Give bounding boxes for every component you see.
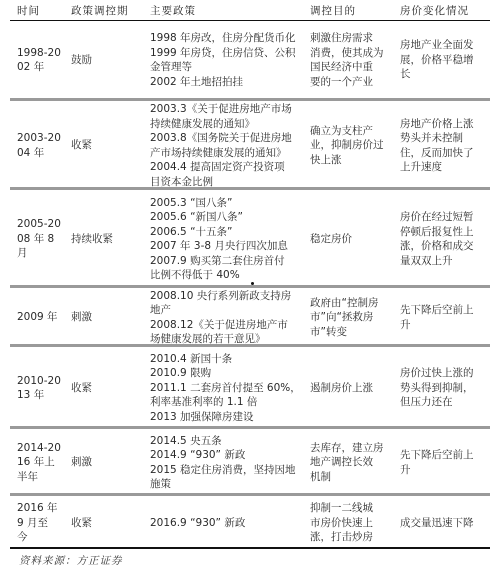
- cell-line: 涨，价格和成交: [400, 239, 490, 254]
- table-row: 2014-2016 年上半年刺激2014.5 央五条2014.9 “930” 新…: [10, 432, 490, 496]
- cell-line: 地产: [150, 303, 312, 318]
- cell-policies: 2010.4 新国十条2010.9 限购2011.1 二套房首付提至 60%，利…: [150, 350, 312, 426]
- cell-goal: 去库存，建立房地产调控长效机制: [310, 432, 400, 493]
- cell-line: 先下降后空前上: [400, 448, 490, 463]
- cell-line: 机制: [310, 470, 400, 485]
- cell-line: 业，抑制房价过: [310, 138, 400, 153]
- cell-stance: 收紧: [71, 104, 146, 187]
- cell-price-change: 房地产价格上涨势头并未控制住，反而加快了上升速度: [400, 104, 490, 187]
- cell-line: 升: [400, 463, 490, 478]
- cell-price-change: 房价过快上涨的势头得到抑制，但压力还在: [400, 350, 490, 426]
- cell-line: 刺激: [71, 310, 146, 325]
- table-row: 2016 年9 月至今收紧2016.9 “930” 新政抑制一二线城市房价快速上…: [10, 499, 490, 549]
- cell-goal: 抑制一二线城市房价快速上涨，打击炒房: [310, 499, 400, 547]
- cell-line: 2003.3《关于促进房地产市场: [150, 102, 312, 117]
- cell-line: 2005-20: [17, 217, 72, 232]
- stray-dot: [251, 282, 254, 285]
- source-note: 资料来源：方正证券: [19, 553, 123, 568]
- cell-line: 展，价格平稳增: [400, 53, 490, 68]
- cell-line: 2015 稳定住房消费，坚持因地: [150, 463, 312, 478]
- cell-line: 今: [17, 530, 72, 545]
- cell-line: 场健康发展的若干意见》: [150, 332, 312, 347]
- cell-line: 2002 年土地招拍挂: [150, 75, 312, 90]
- cell-line: 成交量迅速下降: [400, 516, 490, 531]
- cell-line: 上升速度: [400, 160, 490, 175]
- cell-line: 08 年 8: [17, 232, 72, 247]
- cell-line: 确立为支柱产: [310, 124, 400, 139]
- cell-line: 1999 年房贷，住房信贷、公积: [150, 46, 312, 61]
- cell-line: 2003.8《国务院关于促进房地: [150, 131, 312, 146]
- cell-goal: 稳定房价: [310, 193, 400, 285]
- cell-policies: 2008.10 央行系列新政支持房地产2008.12《关于促进房地产市场健康发展…: [150, 291, 312, 344]
- cell-line: 快上涨: [310, 153, 400, 168]
- header-goal: 调控目的: [310, 3, 356, 18]
- cell-line: 势头得到抑制，: [400, 381, 490, 396]
- cell-line: 持续健康发展的通知》: [150, 117, 312, 132]
- cell-policies: 2003.3《关于促进房地产市场持续健康发展的通知》2003.8《国务院关于促进…: [150, 104, 312, 187]
- cell-line: 房地产价格上涨: [400, 117, 490, 132]
- cell-line: 抑制一二线城: [310, 501, 400, 516]
- cell-stance: 收紧: [71, 499, 146, 547]
- cell-line: 2014.5 央五条: [150, 434, 312, 449]
- cell-line: 2008.10 央行系列新政支持房: [150, 289, 312, 304]
- cell-line: 涨，打击炒房: [310, 530, 400, 545]
- cell-policies: 2014.5 央五条2014.9 “930” 新政2015 稳定住房消费，坚持因…: [150, 432, 312, 493]
- cell-stance: 持续收紧: [71, 193, 146, 285]
- cell-line: 2007.9 购买第二套住房首付: [150, 254, 312, 269]
- cell-goal: 确立为支柱产业，抑制房价过快上涨: [310, 104, 400, 187]
- cell-line: 04 年: [17, 146, 72, 161]
- cell-line: 2006.5 “十五条”: [150, 225, 312, 240]
- cell-line: 地产调控长效: [310, 455, 400, 470]
- cell-line: 2014.9 “930” 新政: [150, 448, 312, 463]
- cell-line: 2004.4 提高固定资产投资项: [150, 160, 312, 175]
- cell-price-change: 房地产业全面发展，价格平稳增长: [400, 22, 490, 98]
- cell-stance: 鼓励: [71, 22, 146, 98]
- cell-price-change: 成交量迅速下降: [400, 499, 490, 547]
- table-header: 时间 政策调控期 主要政策 调控目的 房价变化情况: [10, 0, 490, 21]
- cell-line: 1998 年房改，住房分配货币化: [150, 31, 312, 46]
- cell-line: 市”转变: [310, 325, 400, 340]
- cell-line: 量双双上升: [400, 254, 490, 269]
- cell-period: 2016 年9 月至今: [17, 499, 72, 547]
- cell-line: 目资本金比例: [150, 175, 312, 190]
- cell-line: 市”向“拯救房: [310, 310, 400, 325]
- cell-line: 2010.9 限购: [150, 366, 312, 381]
- cell-line: 2008.12《关于促进房地产市: [150, 318, 312, 333]
- cell-period: 2005-2008 年 8月: [17, 193, 72, 285]
- cell-line: 2010.4 新国十条: [150, 352, 312, 367]
- cell-period: 2010-2013 年: [17, 350, 72, 426]
- header-time: 时间: [17, 3, 40, 18]
- cell-period: 2009 年: [17, 291, 72, 344]
- header-price-change: 房价变化情况: [400, 3, 469, 18]
- cell-line: 长: [400, 67, 490, 82]
- cell-price-change: 先下降后空前上升: [400, 432, 490, 493]
- cell-policies: 2005.3 “国八条”2005.6 “新国八条”2006.5 “十五条”200…: [150, 193, 312, 285]
- cell-line: 房地产业全面发: [400, 38, 490, 53]
- cell-goal: 刺激住房需求消费，使其成为国民经济中重要的一个产业: [310, 22, 400, 98]
- cell-line: 金管理等: [150, 60, 312, 75]
- cell-policies: 1998 年房改，住房分配货币化1999 年房贷，住房信贷、公积金管理等2002…: [150, 22, 312, 98]
- cell-line: 2009 年: [17, 310, 72, 325]
- cell-line: 住，反而加快了: [400, 146, 490, 161]
- header-main-policies: 主要政策: [150, 3, 196, 18]
- cell-line: 停顿后报复性上: [400, 225, 490, 240]
- cell-line: 鼓励: [71, 53, 146, 68]
- cell-line: 势头并未控制: [400, 131, 490, 146]
- cell-line: 利率基准利率的 1.1 倍: [150, 395, 312, 410]
- cell-price-change: 先下降后空前上升: [400, 291, 490, 344]
- cell-stance: 收紧: [71, 350, 146, 426]
- cell-line: 房价过快上涨的: [400, 366, 490, 381]
- cell-line: 2007 年 3-8 月央行四次加息: [150, 239, 312, 254]
- table-row: 1998-2002 年鼓励1998 年房改，住房分配货币化1999 年房贷，住房…: [10, 22, 490, 101]
- cell-stance: 刺激: [71, 291, 146, 344]
- cell-line: 要的一个产业: [310, 75, 400, 90]
- cell-line: 1998-20: [17, 46, 72, 61]
- cell-line: 持续收紧: [71, 232, 146, 247]
- cell-line: 收紧: [71, 138, 146, 153]
- cell-line: 2005.3 “国八条”: [150, 196, 312, 211]
- cell-line: 政府由“控制房: [310, 296, 400, 311]
- cell-line: 产市场持续健康发展的通知》: [150, 146, 312, 161]
- cell-line: 先下降后空前上: [400, 303, 490, 318]
- cell-period: 1998-2002 年: [17, 22, 72, 98]
- table-row: 2005-2008 年 8月持续收紧2005.3 “国八条”2005.6 “新国…: [10, 193, 490, 288]
- cell-line: 13 年: [17, 388, 72, 403]
- cell-policies: 2016.9 “930” 新政: [150, 499, 312, 547]
- cell-line: 国民经济中重: [310, 60, 400, 75]
- cell-line: 9 月至: [17, 516, 72, 531]
- cell-line: 半年: [17, 470, 72, 485]
- cell-stance: 刺激: [71, 432, 146, 493]
- cell-line: 施策: [150, 477, 312, 492]
- cell-line: 稳定房价: [310, 232, 400, 247]
- cell-line: 遏制房价上涨: [310, 381, 400, 396]
- table-row: 2003-2004 年收紧2003.3《关于促进房地产市场持续健康发展的通知》2…: [10, 104, 490, 190]
- cell-line: 2014-20: [17, 441, 72, 456]
- cell-line: 刺激住房需求: [310, 31, 400, 46]
- table-row: 2010-2013 年收紧2010.4 新国十条2010.9 限购2011.1 …: [10, 350, 490, 429]
- cell-line: 市房价快速上: [310, 516, 400, 531]
- cell-line: 收紧: [71, 381, 146, 396]
- table-row: 2009 年刺激2008.10 央行系列新政支持房地产2008.12《关于促进房…: [10, 291, 490, 347]
- cell-line: 消费，使其成为: [310, 46, 400, 61]
- cell-line: 2013 加强保障房建设: [150, 410, 312, 425]
- cell-line: 去库存，建立房: [310, 441, 400, 456]
- cell-line: 但压力还在: [400, 395, 490, 410]
- cell-line: 收紧: [71, 516, 146, 531]
- cell-line: 月: [17, 246, 72, 261]
- cell-line: 升: [400, 318, 490, 333]
- cell-goal: 政府由“控制房市”向“拯救房市”转变: [310, 291, 400, 344]
- cell-line: 2003-20: [17, 131, 72, 146]
- cell-line: 2005.6 “新国八条”: [150, 210, 312, 225]
- cell-line: 16 年上: [17, 455, 72, 470]
- cell-period: 2014-2016 年上半年: [17, 432, 72, 493]
- cell-line: 2011.1 二套房首付提至 60%，: [150, 381, 312, 396]
- cell-line: 2016.9 “930” 新政: [150, 516, 312, 531]
- cell-period: 2003-2004 年: [17, 104, 72, 187]
- cell-goal: 遏制房价上涨: [310, 350, 400, 426]
- cell-line: 2016 年: [17, 501, 72, 516]
- header-policy-period: 政策调控期: [71, 3, 129, 18]
- cell-price-change: 房价在经过短暂停顿后报复性上涨，价格和成交量双双上升: [400, 193, 490, 285]
- cell-line: 2010-20: [17, 374, 72, 389]
- cell-line: 比例不得低于 40%: [150, 268, 312, 283]
- cell-line: 02 年: [17, 60, 72, 75]
- cell-line: 房价在经过短暂: [400, 210, 490, 225]
- cell-line: 刺激: [71, 455, 146, 470]
